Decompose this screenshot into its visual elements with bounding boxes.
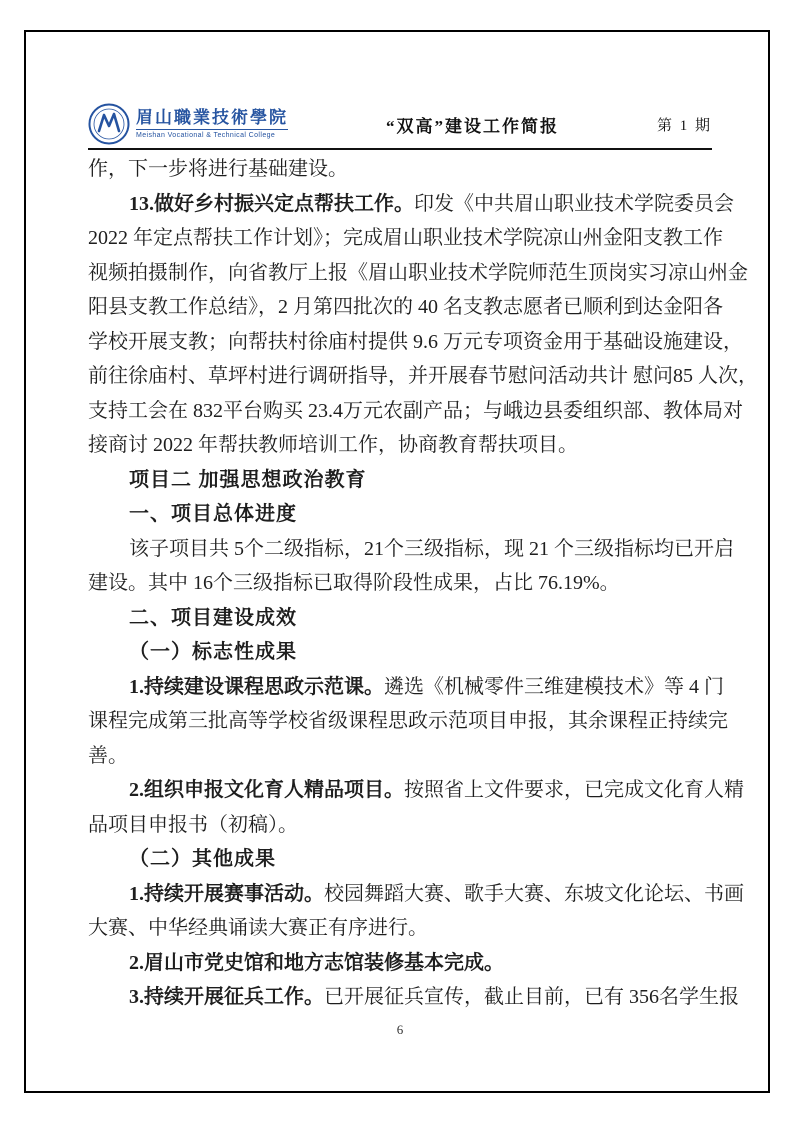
line-text: 校园舞蹈大赛、歌手大赛、东坡文化论坛、书画 (324, 883, 744, 905)
heading-text: 项目二 加强思想政治教育 (129, 469, 367, 491)
document-page: 眉山職業技術學院 Meishan Vocational & Technical … (0, 0, 794, 1123)
line-text: 建设。其中 16个三级指标已取得阶段性成果，占比 76.19%。 (88, 572, 620, 594)
text-line: 作，下一步将进行基础建设。 (88, 152, 712, 187)
bold-lead-text: 13.做好乡村振兴定点帮扶工作。 (129, 193, 414, 215)
line-text: 大赛、中华经典诵读大赛正有序进行。 (88, 917, 428, 939)
bold-lead-text: 2.组织申报文化育人精品项目。 (129, 779, 404, 801)
heading-text: （一）标志性成果 (129, 641, 297, 663)
line-text: 遴选《机械零件三维建模技术》等 4 门 (384, 676, 724, 698)
text-line: 学校开展支教；向帮扶村徐庙村提供 9.6 万元专项资金用于基础设施建设， (88, 325, 712, 360)
briefing-title: “双高”建设工作简报 (386, 112, 559, 137)
text-line: 该子项目共 5个二级指标，21个三级指标，现 21 个三级指标均已开启 (88, 532, 712, 567)
text-line: 大赛、中华经典诵读大赛正有序进行。 (88, 911, 712, 946)
text-line: （二）其他成果 (88, 842, 712, 877)
text-line: 二、项目建设成效 (88, 601, 712, 636)
line-text: 已开展征兵宣传，截止目前，已有 356名学生报 (324, 986, 739, 1008)
text-line: 1.持续开展赛事活动。校园舞蹈大赛、歌手大赛、东坡文化论坛、书画 (88, 877, 712, 912)
text-line: 13.做好乡村振兴定点帮扶工作。印发《中共眉山职业技术学院委员会 (88, 187, 712, 222)
text-line: 品项目申报书（初稿）。 (88, 808, 712, 843)
line-text: 前往徐庙村、草坪村进行调研指导，并开展春节慰问活动共计 慰问85 人次， (88, 365, 758, 387)
college-name-en: Meishan Vocational & Technical College (136, 129, 288, 139)
college-name-block: 眉山職業技術學院 Meishan Vocational & Technical … (136, 109, 288, 139)
line-text: 该子项目共 5个二级指标，21个三级指标，现 21 个三级指标均已开启 (129, 538, 734, 560)
line-text: 品项目申报书（初稿）。 (88, 814, 298, 836)
text-line: 2.组织申报文化育人精品项目。按照省上文件要求，已完成文化育人精 (88, 773, 712, 808)
text-line: 善。 (88, 739, 712, 774)
text-line: 课程完成第三批高等学校省级课程思政示范项目申报，其余课程正持续完 (88, 704, 712, 739)
text-line: 建设。其中 16个三级指标已取得阶段性成果，占比 76.19%。 (88, 566, 712, 601)
bold-lead-text: 3.持续开展征兵工作。 (129, 986, 324, 1008)
line-text: 阳县支教工作总结》，2 月第四批次的 40 名支教志愿者已顺利到达金阳各 (88, 296, 723, 318)
line-text: 按照省上文件要求，已完成文化育人精 (404, 779, 744, 801)
text-line: 一、项目总体进度 (88, 497, 712, 532)
text-line: 视频拍摄制作，向省教厅上报《眉山职业技术学院师范生顶岗实习凉山州金 (88, 256, 712, 291)
text-line: （一）标志性成果 (88, 635, 712, 670)
bold-lead-text: 2.眉山市党史馆和地方志馆装修基本完成。 (129, 952, 504, 974)
text-line: 阳县支教工作总结》，2 月第四批次的 40 名支教志愿者已顺利到达金阳各 (88, 290, 712, 325)
line-text: 接商讨 2022 年帮扶教师培训工作，协商教育帮扶项目。 (88, 434, 578, 456)
line-text: 善。 (88, 745, 128, 767)
page-content: 眉山職業技術學院 Meishan Vocational & Technical … (88, 100, 712, 1015)
line-text: 视频拍摄制作，向省教厅上报《眉山职业技术学院师范生顶岗实习凉山州金 (88, 262, 748, 284)
heading-text: 二、项目建设成效 (129, 607, 297, 629)
text-line: 接商讨 2022 年帮扶教师培训工作，协商教育帮扶项目。 (88, 428, 712, 463)
text-line: 前往徐庙村、草坪村进行调研指导，并开展春节慰问活动共计 慰问85 人次， (88, 359, 712, 394)
text-line: 1.持续建设课程思政示范课。遴选《机械零件三维建模技术》等 4 门 (88, 670, 712, 705)
document-body: 作，下一步将进行基础建设。13.做好乡村振兴定点帮扶工作。印发《中共眉山职业技术… (88, 152, 712, 1015)
bold-lead-text: 1.持续开展赛事活动。 (129, 883, 324, 905)
line-text: 支持工会在 832平台购买 23.4万元农副产品；与峨边县委组织部、教体局对 (88, 400, 743, 422)
college-logo: 眉山職業技術學院 Meishan Vocational & Technical … (88, 103, 288, 145)
text-line: 3.持续开展征兵工作。已开展征兵宣传，截止目前，已有 356名学生报 (88, 980, 712, 1015)
line-text: 学校开展支教；向帮扶村徐庙村提供 9.6 万元专项资金用于基础设施建设， (88, 331, 743, 353)
line-text: 课程完成第三批高等学校省级课程思政示范项目申报，其余课程正持续完 (88, 710, 728, 732)
page-header: 眉山職業技術學院 Meishan Vocational & Technical … (88, 100, 712, 150)
line-text: 作，下一步将进行基础建设。 (88, 158, 348, 180)
page-number: 6 (88, 1022, 712, 1038)
college-emblem-icon (88, 103, 130, 145)
heading-text: 一、项目总体进度 (129, 503, 297, 525)
text-line: 2022 年定点帮扶工作计划》；完成眉山职业技术学院凉山州金阳支教工作 (88, 221, 712, 256)
text-line: 2.眉山市党史馆和地方志馆装修基本完成。 (88, 946, 712, 981)
heading-text: （二）其他成果 (129, 848, 276, 870)
line-text: 2022 年定点帮扶工作计划》；完成眉山职业技术学院凉山州金阳支教工作 (88, 227, 723, 249)
line-text: 印发《中共眉山职业技术学院委员会 (414, 193, 734, 215)
text-line: 支持工会在 832平台购买 23.4万元农副产品；与峨边县委组织部、教体局对 (88, 394, 712, 429)
college-name-cn: 眉山職業技術學院 (136, 109, 288, 129)
bold-lead-text: 1.持续建设课程思政示范课。 (129, 676, 384, 698)
issue-number: 第 1 期 (657, 114, 712, 135)
text-line: 项目二 加强思想政治教育 (88, 463, 712, 498)
